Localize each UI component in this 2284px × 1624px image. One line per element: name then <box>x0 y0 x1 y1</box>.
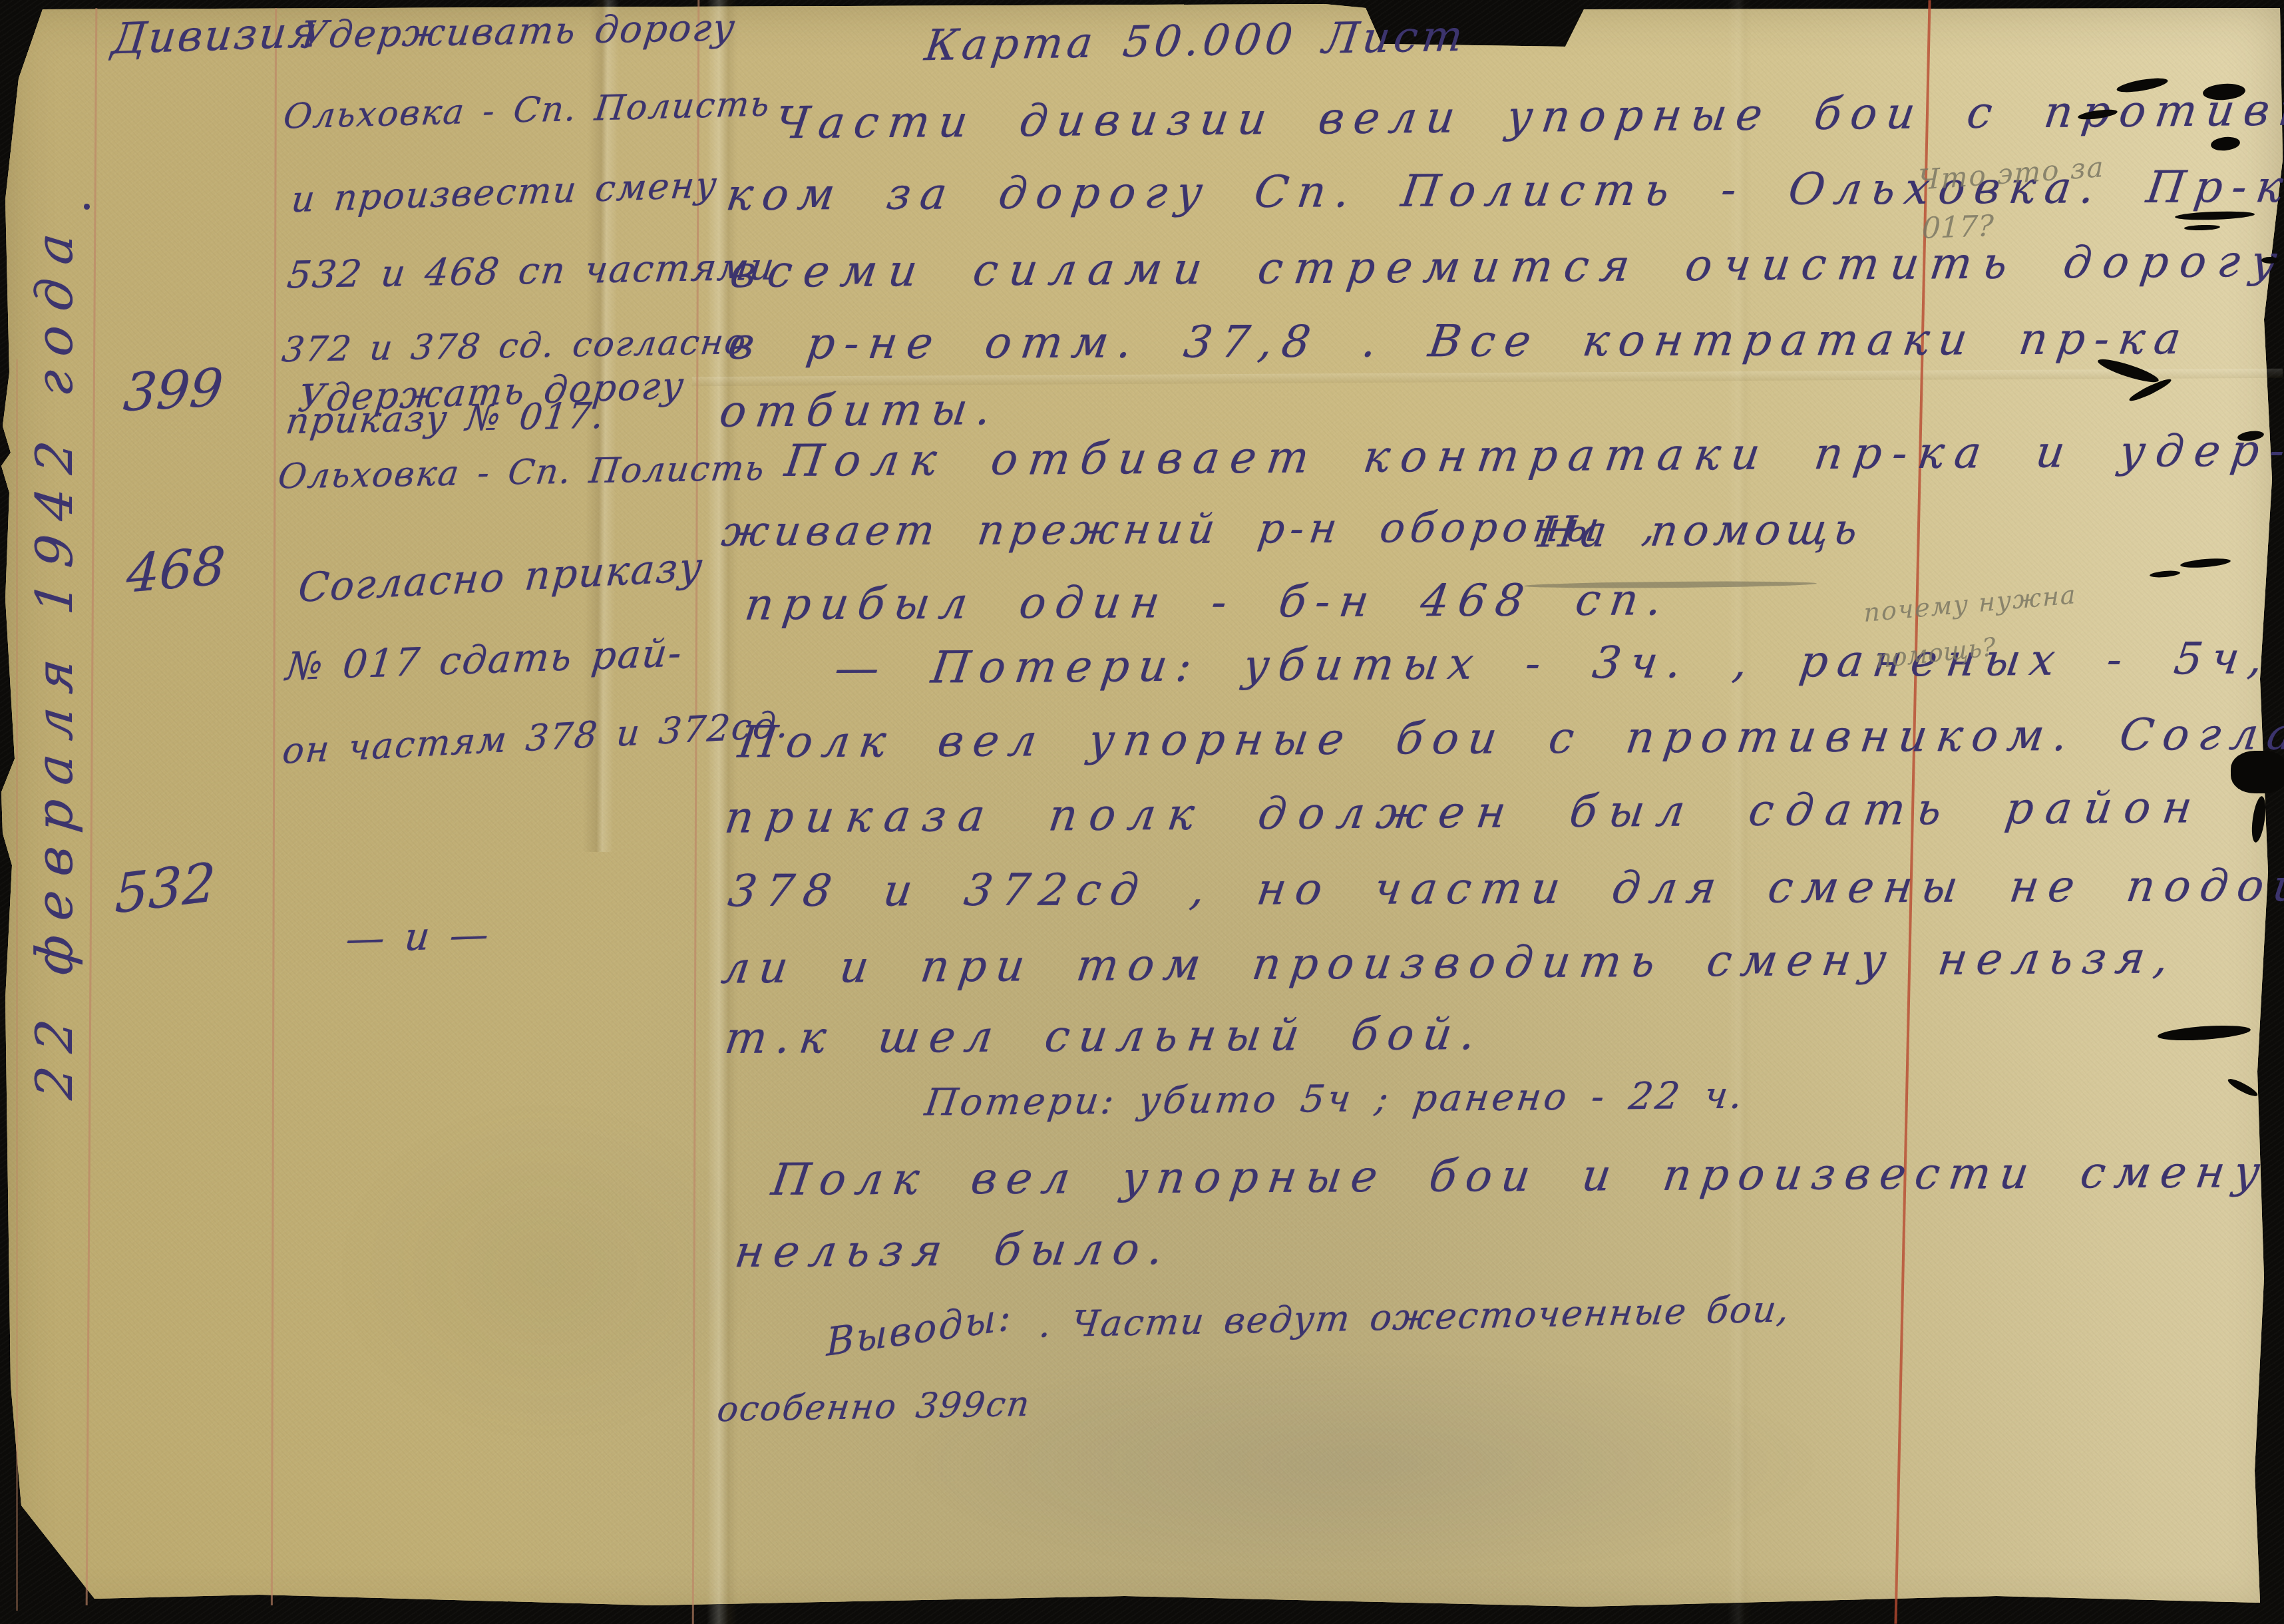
order-line: 532 и 468 сп частями <box>285 249 778 295</box>
report-line: в р-не отм. 37,8 . Все контратаки пр-ка <box>725 317 2192 366</box>
order-line: 372 и 378 сд. согласно <box>280 325 749 367</box>
report-line: Полк отбивает контратаки пр-ка и удер- <box>783 429 2284 483</box>
margin-rule-line <box>16 359 18 1611</box>
order-line: Ольховка - Сп. Полисть <box>276 451 767 495</box>
ink-dot <box>84 204 90 210</box>
unit-label-532: 532 <box>114 855 216 921</box>
order-ditto-mark: — и — <box>344 914 492 958</box>
date-margin: 22 февраля 1942 года <box>29 170 80 1147</box>
report-line: Части дивизии вели упорные бои с противн… <box>773 87 2284 145</box>
report-line: нельзя было. <box>733 1227 1175 1275</box>
conclusions-line: особенно 399сп <box>715 1387 1033 1427</box>
report-line: отбиты. <box>717 387 1003 434</box>
report-line: — Потери: убитых - 3ч. , раненых - 5ч, <box>833 636 2275 690</box>
report-line: т.к шел сильный бой. <box>723 1012 1487 1060</box>
report-line: Полк вел упорные бои и произвести смену <box>769 1150 2272 1202</box>
report-line: приказа полк должен был сдать район <box>723 785 2207 840</box>
report-line-losses: Потери: убито 5ч ; ранено - 22 ч. <box>922 1078 1747 1122</box>
pencil-note: 017? <box>1921 212 1994 244</box>
paper-tear <box>2261 257 2279 264</box>
report-line: прибыл один - б-н 468 сп. <box>743 578 1674 626</box>
report-line: Полк вел упорные бои с противником. Согл… <box>736 711 2284 764</box>
unit-label-division: Дивизия <box>110 11 321 61</box>
order-line: Удерживать дорогу <box>299 9 738 55</box>
report-line: всеми силами стремится очистить дорогу <box>728 240 2284 294</box>
report-line: ли и при том производить смену нельзя, <box>719 936 2181 990</box>
unit-label-468: 468 <box>125 540 226 601</box>
report-line-underlined-phrase: На помощь <box>1536 508 1865 554</box>
report-line: 378 и 372сд , но части для смены не подо… <box>725 864 2284 914</box>
paper-hole <box>2231 751 2284 793</box>
unit-label-399: 399 <box>122 362 226 419</box>
page-header-map-reference: Карта 50.000 Лист <box>922 15 1469 67</box>
report-line: живает прежний р-н обороны , <box>719 506 1664 552</box>
